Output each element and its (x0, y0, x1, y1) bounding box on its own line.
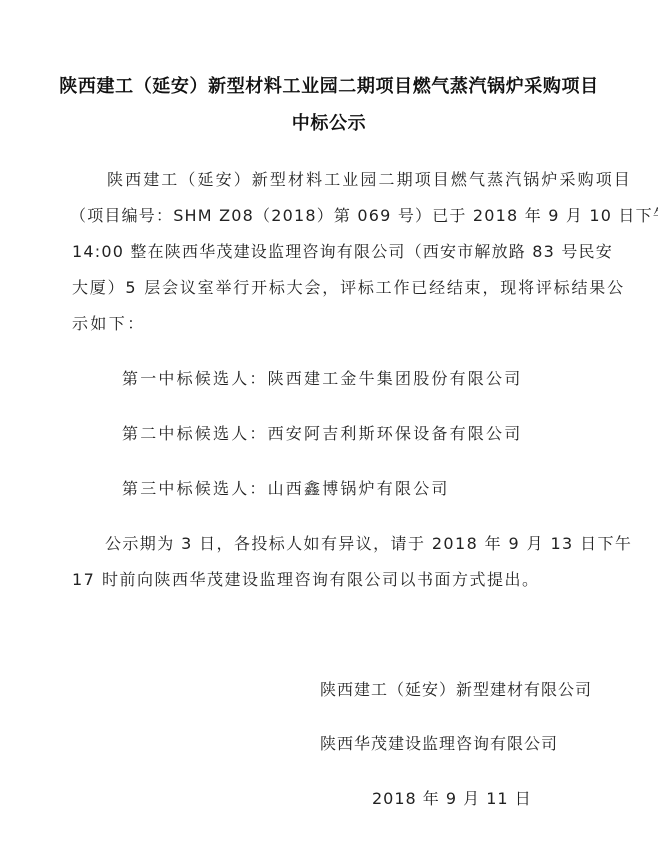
candidate-company: 西安阿吉利斯环保设备有限公司 (268, 424, 523, 443)
candidate-company: 陕西建工金牛集团股份有限公司 (268, 369, 523, 388)
notice-line-2: 17 时前向陕西华茂建设监理咨询有限公司以书面方式提出。 (72, 567, 539, 590)
document-page: 陕西建工（延安）新型材料工业园二期项目燃气蒸汽锅炉采购项目 中标公示 陕西建工（… (0, 0, 658, 849)
document-title-line-2: 中标公示 (0, 109, 658, 135)
candidate-rank-label: 第三中标候选人： (122, 479, 268, 498)
intro-line-3: 14:00 整在陕西华茂建设监理咨询有限公司（西安市解放路 83 号民安 (72, 239, 613, 262)
intro-line-1: 陕西建工（延安）新型材料工业园二期项目燃气蒸汽锅炉采购项目 (107, 167, 632, 190)
notice-line-1: 公示期为 3 日，各投标人如有异议，请于 2018 年 9 月 13 日下午 (105, 531, 632, 554)
candidate-rank-label: 第一中标候选人： (122, 369, 268, 388)
candidate-item-2: 第二中标候选人：西安阿吉利斯环保设备有限公司 (122, 421, 522, 444)
intro-line-2: （项目编号：SHM Z08（2018）第 069 号）已于 2018 年 9 月… (70, 203, 658, 226)
signature-agent: 陕西华茂建设监理咨询有限公司 (320, 731, 558, 754)
signature-issuer: 陕西建工（延安）新型建材有限公司 (320, 677, 592, 700)
signature-date: 2018 年 9 月 11 日 (372, 786, 532, 809)
candidate-item-1: 第一中标候选人：陕西建工金牛集团股份有限公司 (122, 366, 522, 389)
intro-line-4: 大厦）5 层会议室举行开标大会，评标工作已经结束，现将评标结果公 (72, 275, 625, 298)
candidate-company: 山西鑫博锅炉有限公司 (268, 479, 450, 498)
document-title-line-1: 陕西建工（延安）新型材料工业园二期项目燃气蒸汽锅炉采购项目 (0, 72, 658, 98)
intro-line-5: 示如下： (72, 311, 146, 334)
candidate-rank-label: 第二中标候选人： (122, 424, 268, 443)
candidate-item-3: 第三中标候选人：山西鑫博锅炉有限公司 (122, 476, 450, 499)
